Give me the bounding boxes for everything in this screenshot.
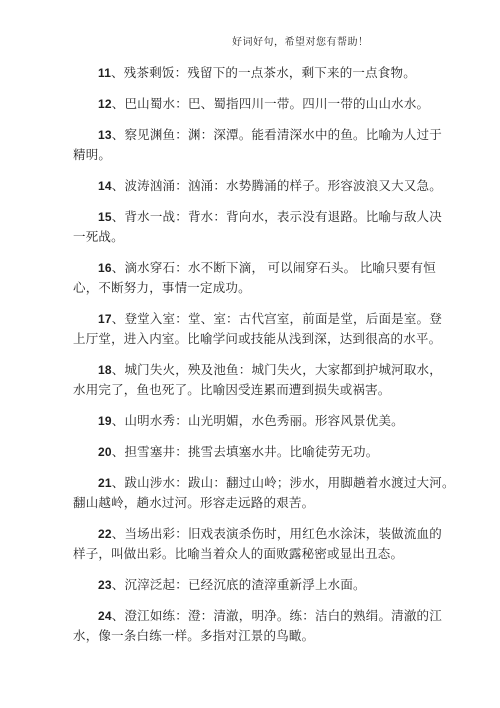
list-item: 21、跋山涉水：跋山：翻过山岭；涉水，用脚趟着水渡过大河。翻山越岭，趟水过河。形… (73, 473, 440, 513)
item-number-separator: 、 (112, 312, 125, 326)
item-continuation-line: 水用完了，鱼也死了。比喻因受连累而遭到损失或祸害。 (73, 380, 440, 400)
item-text: 滴水穿石：水不断下滴， 可以闹穿石头。 比喻只要有恒 (124, 261, 435, 275)
page-header-note: 好词好句，希望对您有帮助！ (232, 36, 440, 50)
list-item: 15、背水一战：背水：背向水，表示没有退路。比喻与敌人决一死战。 (73, 207, 440, 247)
list-item: 22、当场出彩：旧戏表演杀伤时，用红色水涂沫，装做流血的样子，叫做出彩。比喻当着… (73, 524, 440, 564)
list-item: 16、滴水穿石：水不断下滴， 可以闹穿石头。 比喻只要有恒心，不断努力，事情一定… (73, 258, 440, 298)
item-number-separator: 、 (112, 476, 125, 490)
item-number-separator: 、 (112, 179, 125, 193)
item-number: 16 (98, 261, 112, 275)
item-first-line: 20、担雪塞井：挑雪去填塞水井。比喻徒劳无功。 (73, 442, 440, 462)
item-text: 山明水秀：山光明媚，水色秀丽。形容风景优美。 (124, 414, 403, 428)
item-text: 澄江如练：澄：清澈，明净。练：洁白的熟绢。清澈的江 (124, 609, 442, 623)
item-text: 波涛汹涌：汹涌：水势腾涌的样子。形容波浪又大又急。 (124, 179, 442, 193)
list-item: 17、登堂入室：堂、室：古代宫室，前面是堂，后面是室。登上厅堂，进入内室。比喻学… (73, 309, 440, 349)
item-continuation-line: 精明。 (73, 145, 440, 165)
item-first-line: 21、跋山涉水：跋山：翻过山岭；涉水，用脚趟着水渡过大河。 (73, 473, 440, 493)
item-number-separator: 、 (112, 261, 125, 275)
item-number: 22 (98, 527, 112, 541)
item-number-separator: 、 (112, 97, 125, 111)
item-continuation-line: 心，不断努力，事情一定成功。 (73, 278, 440, 298)
item-number: 14 (98, 179, 112, 193)
list-item: 24、澄江如练：澄：清澈，明净。练：洁白的熟绢。清澈的江水，像一条白练一样。多指… (73, 606, 440, 646)
item-number-separator: 、 (112, 527, 125, 541)
item-number-separator: 、 (112, 128, 125, 142)
list-item: 20、担雪塞井：挑雪去填塞水井。比喻徒劳无功。 (73, 442, 440, 462)
item-text: 背水一战：背水：背向水，表示没有退路。比喻与敌人决 (124, 210, 442, 224)
item-continuation-line: 样子，叫做出彩。比喻当着众人的面败露秘密或显出丑态。 (73, 544, 440, 564)
item-number-separator: 、 (112, 363, 125, 377)
idiom-list: 11、残茶剩饭：残留下的一点茶水，剩下来的一点食物。12、巴山蜀水：巴、蜀指四川… (73, 63, 440, 646)
item-first-line: 11、残茶剩饭：残留下的一点茶水，剩下来的一点食物。 (73, 63, 440, 83)
item-number: 24 (98, 609, 112, 623)
item-number: 17 (98, 312, 112, 326)
item-text: 沉滓泛起：已经沉底的渣滓重新浮上水面。 (124, 578, 365, 592)
item-number-separator: 、 (111, 66, 124, 80)
item-number: 23 (98, 578, 112, 592)
item-continuation-line: 翻山越岭，趟水过河。形容走远路的艰苦。 (73, 493, 440, 513)
item-text: 察见渊鱼：渊：深潭。能看清深水中的鱼。比喻为人过于 (124, 128, 442, 142)
list-item: 19、山明水秀：山光明媚，水色秀丽。形容风景优美。 (73, 411, 440, 431)
item-text: 登堂入室：堂、室：古代宫室，前面是堂，后面是室。登 (124, 312, 442, 326)
item-number-separator: 、 (112, 445, 125, 459)
item-first-line: 17、登堂入室：堂、室：古代宫室，前面是堂，后面是室。登 (73, 309, 440, 329)
item-text: 担雪塞井：挑雪去填塞水井。比喻徒劳无功。 (124, 445, 378, 459)
item-first-line: 22、当场出彩：旧戏表演杀伤时，用红色水涂沫，装做流血的 (73, 524, 440, 544)
item-number-separator: 、 (112, 609, 125, 623)
item-first-line: 15、背水一战：背水：背向水，表示没有退路。比喻与敌人决 (73, 207, 440, 227)
list-item: 12、巴山蜀水：巴、蜀指四川一带。四川一带的山山水水。 (73, 94, 440, 114)
item-first-line: 12、巴山蜀水：巴、蜀指四川一带。四川一带的山山水水。 (73, 94, 440, 114)
item-number: 13 (98, 128, 112, 142)
item-text: 当场出彩：旧戏表演杀伤时，用红色水涂沫，装做流血的 (124, 527, 442, 541)
item-continuation-line: 水，像一条白练一样。多指对江景的鸟瞰。 (73, 626, 440, 646)
item-first-line: 19、山明水秀：山光明媚，水色秀丽。形容风景优美。 (73, 411, 440, 431)
item-first-line: 23、沉滓泛起：已经沉底的渣滓重新浮上水面。 (73, 575, 440, 595)
item-number: 11 (98, 66, 111, 80)
item-text: 残茶剩饭：残留下的一点茶水，剩下来的一点食物。 (124, 66, 416, 80)
item-number: 15 (98, 210, 112, 224)
item-number: 20 (98, 445, 112, 459)
document-page: 好词好句，希望对您有帮助！ 11、残茶剩饭：残留下的一点茶水，剩下来的一点食物。… (0, 0, 500, 708)
list-item: 23、沉滓泛起：已经沉底的渣滓重新浮上水面。 (73, 575, 440, 595)
list-item: 18、城门失火，殃及池鱼：城门失火，大家都到护城河取水，水用完了，鱼也死了。比喻… (73, 360, 440, 400)
item-number-separator: 、 (112, 210, 125, 224)
item-number: 21 (98, 476, 112, 490)
item-continuation-line: 上厅堂，进入内室。比喻学问或技能从浅到深，达到很高的水平。 (73, 329, 440, 349)
item-text: 城门失火，殃及池鱼：城门失火，大家都到护城河取水， (124, 363, 442, 377)
item-text: 巴山蜀水：巴、蜀指四川一带。四川一带的山山水水。 (124, 97, 429, 111)
item-text: 跋山涉水：跋山：翻过山岭；涉水，用脚趟着水渡过大河。 (124, 476, 454, 490)
item-number-separator: 、 (112, 414, 125, 428)
list-item: 14、波涛汹涌：汹涌：水势腾涌的样子。形容波浪又大又急。 (73, 176, 440, 196)
item-first-line: 14、波涛汹涌：汹涌：水势腾涌的样子。形容波浪又大又急。 (73, 176, 440, 196)
item-continuation-line: 一死战。 (73, 227, 440, 247)
item-number: 12 (98, 97, 112, 111)
item-first-line: 16、滴水穿石：水不断下滴， 可以闹穿石头。 比喻只要有恒 (73, 258, 440, 278)
list-item: 11、残茶剩饭：残留下的一点茶水，剩下来的一点食物。 (73, 63, 440, 83)
item-first-line: 13、察见渊鱼：渊：深潭。能看清深水中的鱼。比喻为人过于 (73, 125, 440, 145)
item-first-line: 18、城门失火，殃及池鱼：城门失火，大家都到护城河取水， (73, 360, 440, 380)
item-number-separator: 、 (112, 578, 125, 592)
item-number: 18 (98, 363, 112, 377)
item-number: 19 (98, 414, 112, 428)
item-first-line: 24、澄江如练：澄：清澈，明净。练：洁白的熟绢。清澈的江 (73, 606, 440, 626)
list-item: 13、察见渊鱼：渊：深潭。能看清深水中的鱼。比喻为人过于精明。 (73, 125, 440, 165)
